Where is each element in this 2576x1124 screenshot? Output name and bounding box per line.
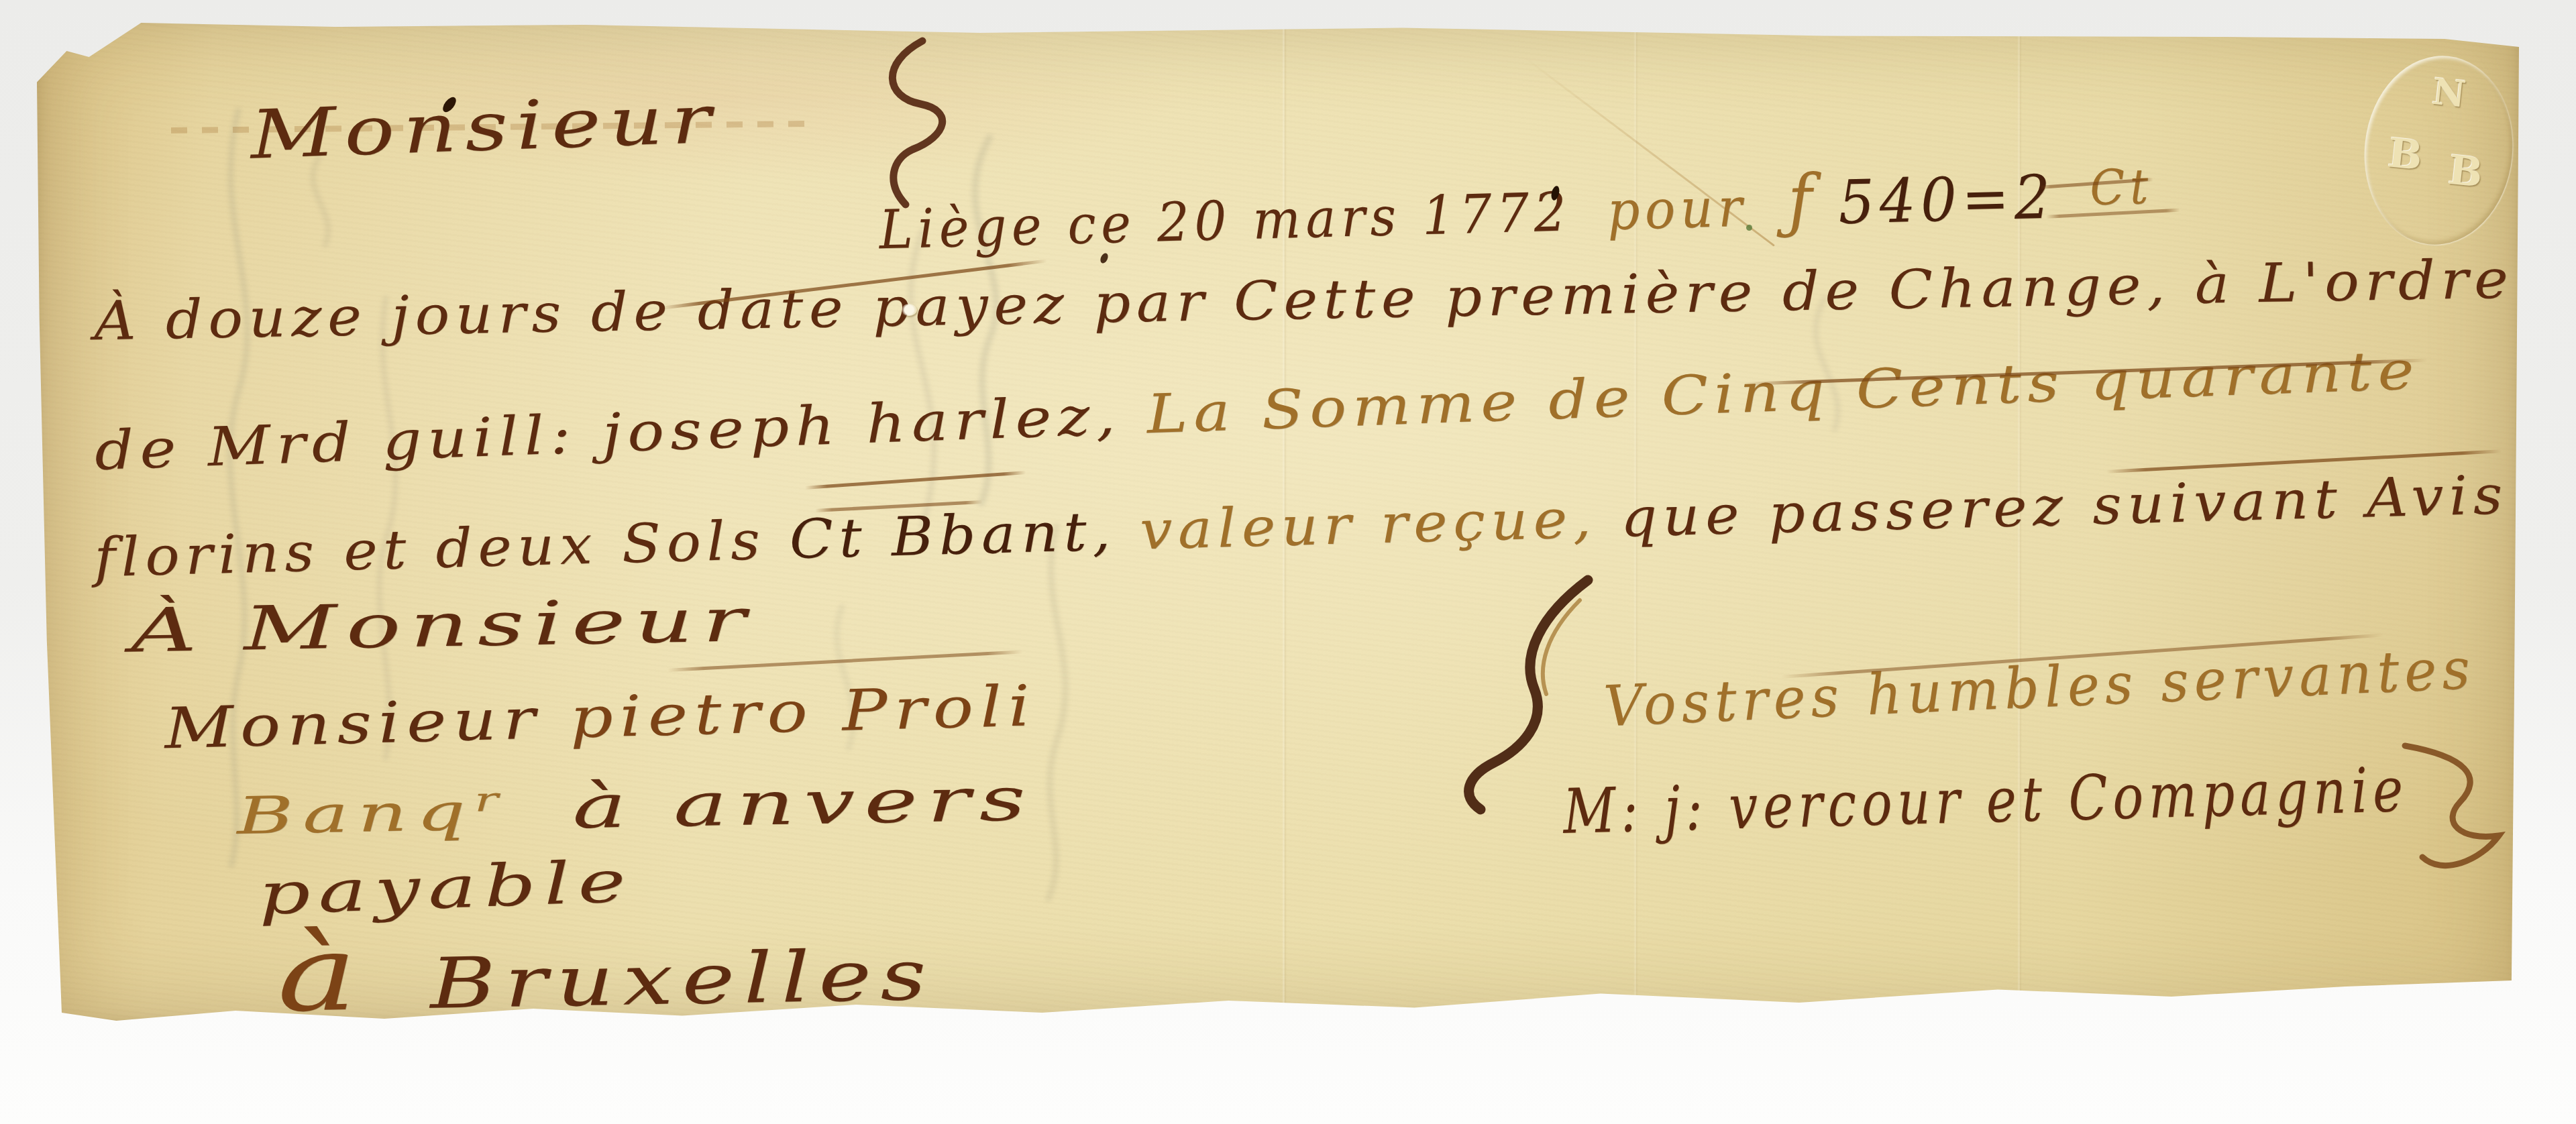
- body-line-3-part-1: florins et deux Sols: [93, 508, 790, 589]
- address-line-2: Monsieur pietro Proli: [164, 677, 896, 762]
- seal-letter-n: N: [2430, 70, 2468, 116]
- seal-letter-b-left: B: [2385, 129, 2424, 180]
- currency-florin-symbol: ƒ: [1786, 159, 1818, 241]
- ink-speck: [1746, 225, 1752, 231]
- banker-abbreviation: Banq: [236, 783, 475, 846]
- valediction-text: Vostres humbles servantes: [1603, 636, 2477, 740]
- salutation-text: Monsieur: [249, 79, 720, 174]
- body-line-2-part-1: de Mrd guill: joseph harlez,: [93, 384, 1122, 482]
- address-city-bruxelles: Bruxelles: [429, 934, 936, 1025]
- document-paper: N B B Monsieur Liège ce 20 mars 1772 pou…: [37, 17, 2519, 1023]
- dateline-place-date: Liège ce 20 mars 1772: [878, 180, 1572, 261]
- signature-end-flourish: [2385, 738, 2519, 885]
- pen-flourish-line: [805, 471, 1026, 490]
- body-line-1-text: À douze jours de date payez par Cette pr…: [93, 247, 2514, 352]
- address-line-2-part-2: pietro Proli: [569, 673, 1037, 750]
- dateline-amount: 540=2: [1837, 162, 2056, 237]
- address-city-anvers: à anvers: [572, 764, 1035, 842]
- dateline: Liège ce 20 mars 1772 pour ƒ 540=2 Ct: [878, 148, 2233, 266]
- address-line-1: À Monsieur: [130, 589, 545, 667]
- body-line-3: florins et deux Sols Ct Bbant, valeur re…: [93, 467, 2363, 589]
- address-line-1-text: À Monsieur: [130, 585, 755, 666]
- body-line-1: À douze jours de date payez par Cette pr…: [93, 251, 2350, 353]
- salutation-line: Monsieur: [249, 82, 628, 174]
- body-line-3-part-3: valeur reçue,: [1139, 487, 1621, 562]
- dateline-amount-suffix: Ct: [2089, 158, 2153, 216]
- embossed-seal: N B B: [2355, 48, 2522, 251]
- address-line-5: à Bruxelles: [276, 904, 792, 1035]
- valediction-line: Vostres humbles servantes: [1603, 634, 2510, 740]
- body-line-2-part-2: La Somme de Cinq Cents quarante: [1146, 339, 2421, 445]
- paper-flaw: [901, 304, 917, 316]
- banker-abbreviation-superscript: r: [474, 780, 508, 820]
- signature-text: M: j: vercour et Compagnie: [1562, 754, 2409, 848]
- scanner-background: N B B Monsieur Liège ce 20 mars 1772 pou…: [0, 0, 2576, 1124]
- seal-letter-b-right: B: [2446, 147, 2485, 197]
- body-line-3-part-4: que passerez suivant Avis: [1619, 463, 2509, 549]
- body-line-2: de Mrd guill: joseph harlez, La Somme de…: [93, 349, 2137, 482]
- address-line-3: Banqr à anvers: [236, 769, 769, 848]
- address-line-2-part-1: Monsieur: [164, 685, 571, 761]
- flourished-a: à: [276, 911, 366, 1035]
